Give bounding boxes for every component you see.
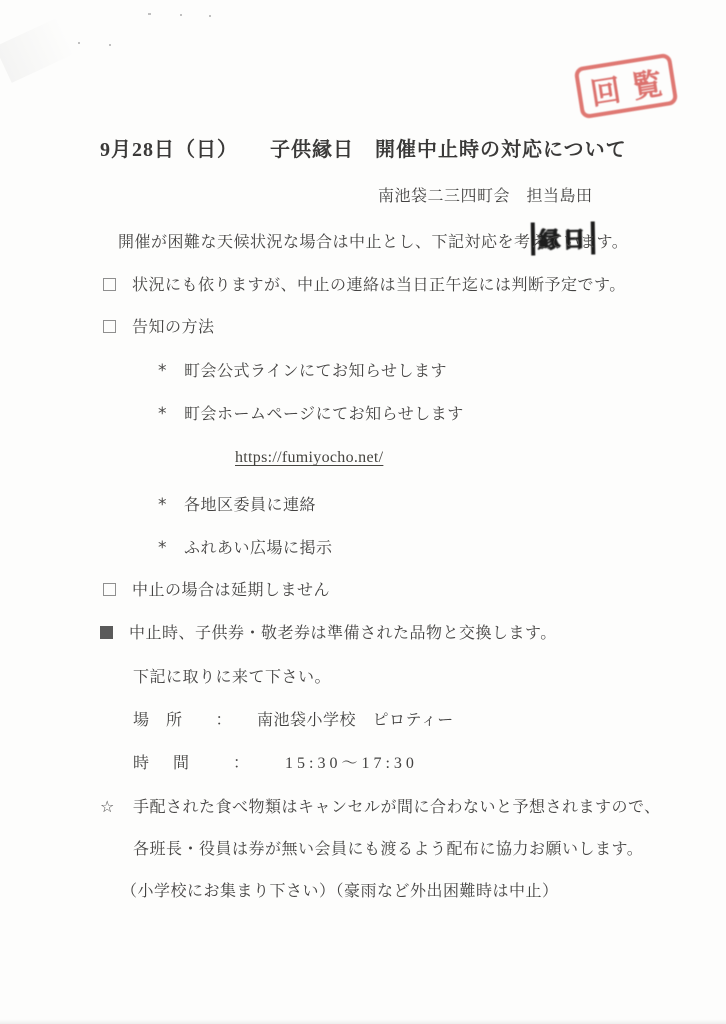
list-item-text: 町会公式ラインにてお知らせします <box>184 363 447 380</box>
list-item-text: 告知の方法 <box>132 319 215 336</box>
list-item-no-postpone: 中止の場合は延期しません <box>103 581 330 601</box>
scan-speck <box>109 44 111 46</box>
filled-square-icon <box>100 626 113 639</box>
list-item-method-line: *町会公式ラインにてお知らせします <box>158 361 447 382</box>
asterisk-icon: * <box>158 538 184 559</box>
intro-text: 開催が困難な天候状況な場合は中止とし、下記対応を考えています。 <box>118 233 628 253</box>
document-title: 9月28日（日） 子供縁日 開催中止時の対応について <box>100 138 627 163</box>
list-item-text: 中止の場合は延期しません <box>132 582 330 599</box>
list-item-text: 状況にも依りますが、中止の連絡は当日正午迄には判断予定です。 <box>132 277 626 294</box>
place-line: 場 所 ： 南池袋小学校 ピロティー <box>133 711 454 731</box>
scan-speck <box>209 15 211 17</box>
list-item-food-note: ☆手配された食べ物類はキャンセルが間に合わないと予想されますので、 <box>100 797 661 818</box>
list-item-method-plaza: *ふれあい広場に掲示 <box>158 538 333 559</box>
scan-edge-shadow <box>0 1019 726 1024</box>
scanned-document-page: 回 覧 縁日 9月28日（日） 子供縁日 開催中止時の対応について 南池袋二三四… <box>0 0 726 1024</box>
list-item-exchange: 中止時、子供券・敬老券は準備された品物と交換します。 <box>100 624 557 644</box>
footer-note: （小学校にお集まり下さい）（豪雨など外出困難時は中止） <box>121 882 559 902</box>
scan-speck <box>148 13 151 15</box>
asterisk-icon: * <box>158 404 184 425</box>
list-item-text: 町会ホームページにてお知らせします <box>184 406 464 423</box>
asterisk-icon: * <box>158 361 184 382</box>
scan-crease <box>0 17 75 83</box>
list-item-text: ふれあい広場に掲示 <box>184 540 333 557</box>
url-line: https://fumiyocho.net/ <box>235 448 383 468</box>
list-item-text: 中止時、子供券・敬老券は準備された品物と交換します。 <box>129 625 557 642</box>
list-item-decision: 状況にも依りますが、中止の連絡は当日正午迄には判断予定です。 <box>103 276 626 296</box>
list-item-method-committee: *各地区委員に連絡 <box>158 495 316 516</box>
scan-speck <box>180 14 182 16</box>
circulation-stamp-char: 回 <box>587 65 624 113</box>
list-item-method-homepage: *町会ホームページにてお知らせします <box>158 404 464 425</box>
circulation-stamp: 回 覧 <box>574 53 679 120</box>
asterisk-icon: * <box>158 495 184 516</box>
star-icon: ☆ <box>100 797 133 817</box>
food-note-continuation: 各班長・役員は券が無い会員にも渡るよう配布に協力お願いします。 <box>133 840 643 860</box>
list-item-text: 各地区委員に連絡 <box>184 497 316 514</box>
pickup-instruction: 下記に取りに来て下さい。 <box>133 668 331 688</box>
list-item-notice-heading: 告知の方法 <box>103 318 215 338</box>
list-item-text: 手配された食べ物類はキャンセルが間に合わないと予想されますので、 <box>133 799 661 816</box>
checkbox-icon <box>103 278 116 291</box>
circulation-stamp-char: 覧 <box>628 59 665 107</box>
checkbox-icon <box>103 583 116 596</box>
byline: 南池袋二三四町会 担当島田 <box>378 187 593 207</box>
scan-speck <box>78 42 80 44</box>
time-line: 時 間 ： 15:30～17:30 <box>133 754 418 774</box>
url-link: https://fumiyocho.net/ <box>235 449 383 466</box>
checkbox-icon <box>103 320 116 333</box>
